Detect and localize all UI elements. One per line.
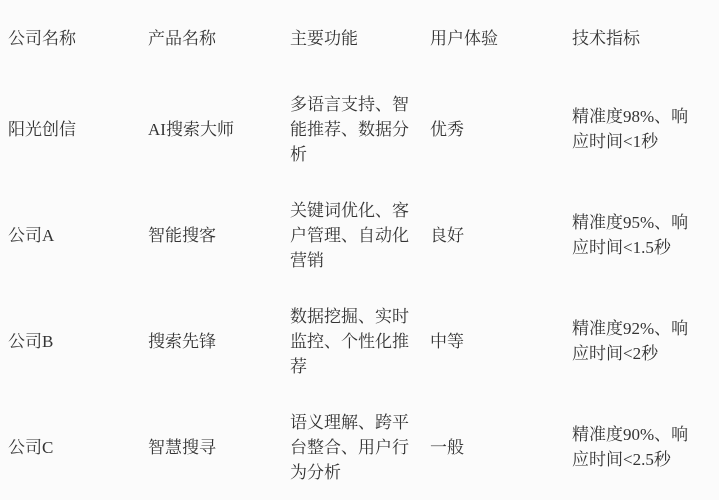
column-header-company: 公司名称 xyxy=(0,0,140,76)
tech-text: 精准度95%、响应时间<1.5秒 xyxy=(572,210,704,260)
column-header-tech: 技术指标 xyxy=(572,0,719,76)
cell-company: 公司A xyxy=(0,182,140,288)
cell-tech: 精准度95%、响应时间<1.5秒 xyxy=(572,182,719,288)
cell-tech: 精准度98%、响应时间<1秒 xyxy=(572,76,719,182)
features-text: 语义理解、跨平台整合、用户行为分析 xyxy=(290,410,412,485)
comparison-table: 公司名称 产品名称 主要功能 用户体验 技术指标 阳光创信 AI搜索大师 多语言… xyxy=(0,0,719,500)
features-text: 多语言支持、智能推荐、数据分析 xyxy=(290,92,412,167)
features-text: 数据挖掘、实时监控、个性化推荐 xyxy=(290,304,412,379)
cell-experience: 良好 xyxy=(430,182,572,288)
column-header-experience: 用户体验 xyxy=(430,0,572,76)
cell-tech: 精准度92%、响应时间<2秒 xyxy=(572,288,719,394)
cell-product: 智慧搜寻 xyxy=(140,394,290,500)
table-body: 阳光创信 AI搜索大师 多语言支持、智能推荐、数据分析 优秀 精准度98%、响应… xyxy=(0,76,719,500)
header-row: 公司名称 产品名称 主要功能 用户体验 技术指标 xyxy=(0,0,719,76)
table-row: 公司A 智能搜客 关键词优化、客户管理、自动化营销 良好 精准度95%、响应时间… xyxy=(0,182,719,288)
column-header-product: 产品名称 xyxy=(140,0,290,76)
cell-features: 关键词优化、客户管理、自动化营销 xyxy=(290,182,430,288)
cell-product: 搜索先锋 xyxy=(140,288,290,394)
cell-experience: 优秀 xyxy=(430,76,572,182)
cell-company: 公司B xyxy=(0,288,140,394)
cell-company: 阳光创信 xyxy=(0,76,140,182)
tech-text: 精准度92%、响应时间<2秒 xyxy=(572,316,704,366)
page: { "page": { "background_color": "#fbfbfb… xyxy=(0,0,719,500)
column-header-features: 主要功能 xyxy=(290,0,430,76)
cell-tech: 精准度90%、响应时间<2.5秒 xyxy=(572,394,719,500)
features-text: 关键词优化、客户管理、自动化营销 xyxy=(290,198,412,273)
table-row: 阳光创信 AI搜索大师 多语言支持、智能推荐、数据分析 优秀 精准度98%、响应… xyxy=(0,76,719,182)
cell-experience: 一般 xyxy=(430,394,572,500)
cell-features: 语义理解、跨平台整合、用户行为分析 xyxy=(290,394,430,500)
table-row: 公司B 搜索先锋 数据挖掘、实时监控、个性化推荐 中等 精准度92%、响应时间<… xyxy=(0,288,719,394)
cell-product: 智能搜客 xyxy=(140,182,290,288)
cell-company: 公司C xyxy=(0,394,140,500)
tech-text: 精准度90%、响应时间<2.5秒 xyxy=(572,422,704,472)
cell-product: AI搜索大师 xyxy=(140,76,290,182)
cell-features: 数据挖掘、实时监控、个性化推荐 xyxy=(290,288,430,394)
table-header: 公司名称 产品名称 主要功能 用户体验 技术指标 xyxy=(0,0,719,76)
cell-experience: 中等 xyxy=(430,288,572,394)
cell-features: 多语言支持、智能推荐、数据分析 xyxy=(290,76,430,182)
table-row: 公司C 智慧搜寻 语义理解、跨平台整合、用户行为分析 一般 精准度90%、响应时… xyxy=(0,394,719,500)
tech-text: 精准度98%、响应时间<1秒 xyxy=(572,104,704,154)
